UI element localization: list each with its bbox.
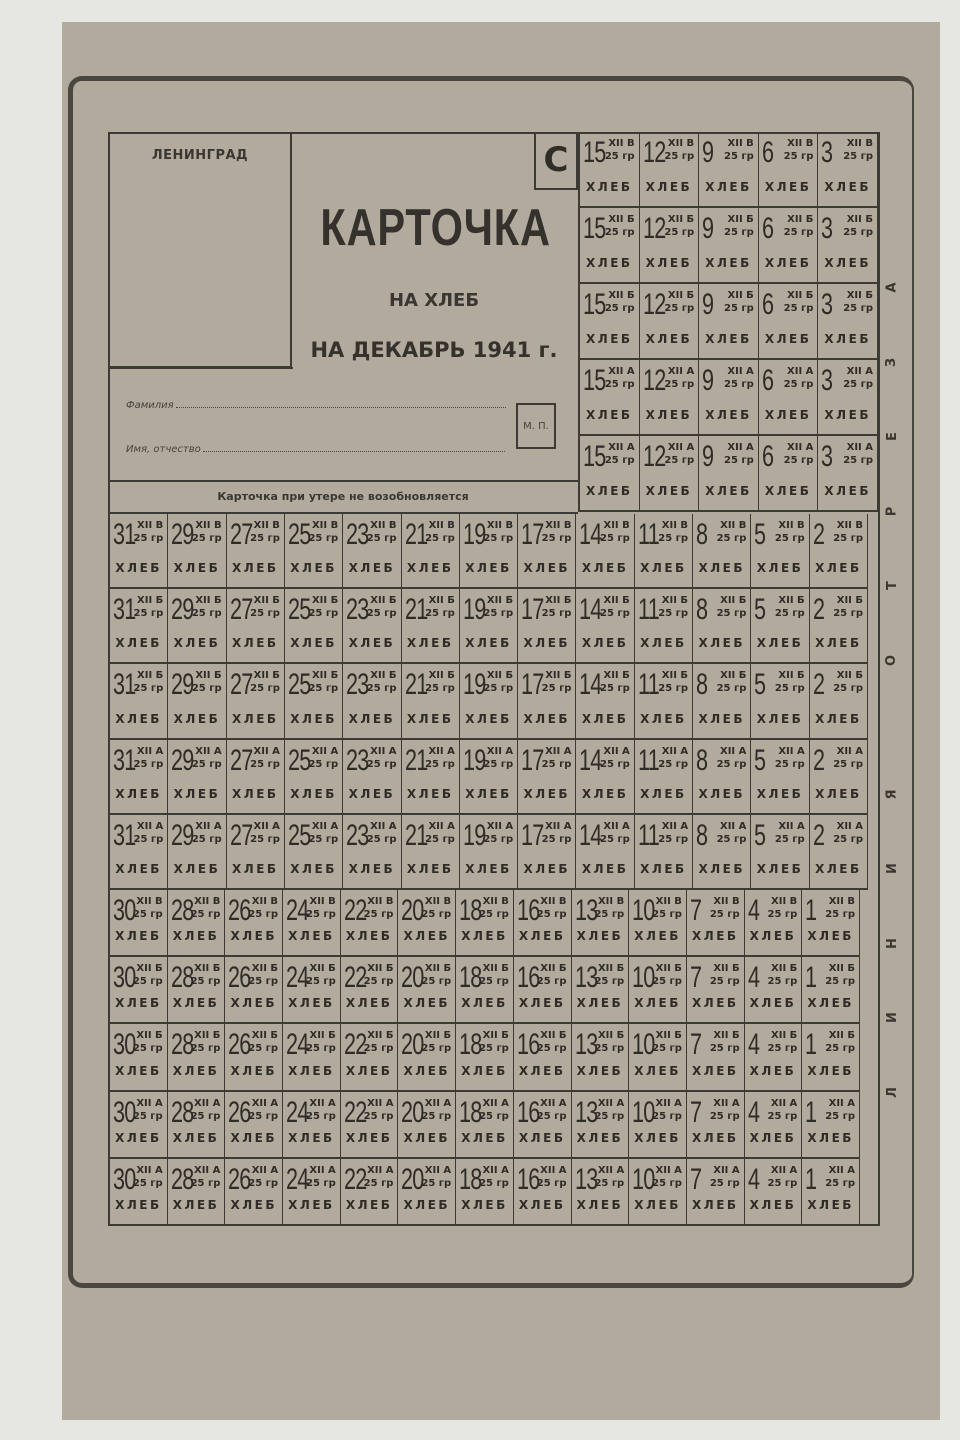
bread-coupon[interactable]: 21XII А25 грХЛЕБ <box>402 815 460 890</box>
bread-coupon[interactable]: 3XII Б25 грХЛЕБ <box>818 284 878 360</box>
bread-coupon[interactable]: 7XII Б25 грХЛЕБ <box>687 957 745 1024</box>
coupon-day: 2 <box>813 595 824 625</box>
coupon-weight: 25 гр <box>134 683 164 694</box>
coupon-product: ХЛЕБ <box>285 561 342 575</box>
coupon-day: 17 <box>521 746 544 776</box>
coupon-product: ХЛЕБ <box>518 561 575 575</box>
coupon-month-series: XII В <box>194 896 220 907</box>
coupon-month-series: XII А <box>603 821 629 832</box>
bread-coupon[interactable]: 21XII Б25 грХЛЕБ <box>402 664 460 739</box>
coupon-month-series: XII В <box>668 138 694 149</box>
coupon-day: 27 <box>230 746 253 776</box>
coupon-month-series: XII А <box>540 1098 566 1109</box>
coupon-day: 14 <box>579 821 602 851</box>
bread-coupon[interactable]: 10XII Б25 грХЛЕБ <box>629 957 687 1024</box>
coupon-weight: 25 гр <box>250 533 280 544</box>
coupon-product: ХЛЕБ <box>227 636 284 650</box>
bread-coupon[interactable]: 22XII А25 грХЛЕБ <box>341 1159 399 1226</box>
bread-coupon[interactable]: 29XII Б25 грХЛЕБ <box>168 664 226 739</box>
bread-coupon[interactable]: 17XII А25 грХЛЕБ <box>518 740 576 815</box>
coupon-weight: 25 гр <box>483 533 513 544</box>
coupon-weight: 25 гр <box>717 759 747 770</box>
bread-coupon[interactable]: 11XII А25 грХЛЕБ <box>635 740 693 815</box>
coupon-month-series: XII А <box>598 1098 624 1109</box>
bread-coupon[interactable]: 26XII В25 грХЛЕБ <box>225 890 283 957</box>
coupon-month-series: XII Б <box>194 963 220 974</box>
bread-coupon[interactable]: 7XII А25 грХЛЕБ <box>687 1092 745 1159</box>
coupon-weight: 25 гр <box>133 1043 163 1054</box>
bread-coupon[interactable]: 18XII А25 грХЛЕБ <box>456 1092 514 1159</box>
coupon-day: 4 <box>748 896 759 926</box>
coupon-weight: 25 гр <box>768 909 798 920</box>
bread-coupon[interactable]: 3XII А25 грХЛЕБ <box>818 360 878 436</box>
bread-coupon[interactable]: 31XII Б25 грХЛЕБ <box>110 664 168 739</box>
coupon-month-series: XII А <box>829 1165 855 1176</box>
bread-coupon[interactable]: 8XII Б25 грХЛЕБ <box>693 589 751 664</box>
bread-coupon[interactable]: 4XII Б25 грХЛЕБ <box>745 1024 803 1091</box>
bread-coupon[interactable]: 21XII Б25 грХЛЕБ <box>402 589 460 664</box>
cut-line-letter: И <box>884 1012 899 1023</box>
bread-coupon[interactable]: 3XII А25 грХЛЕБ <box>818 436 878 512</box>
coupon-product: ХЛЕБ <box>802 1198 859 1212</box>
bread-coupon[interactable]: 16XII Б25 грХЛЕБ <box>514 1024 572 1091</box>
bread-coupon[interactable]: 30XII Б25 грХЛЕБ <box>110 1024 168 1091</box>
coupon-product: ХЛЕБ <box>110 1131 167 1145</box>
coupon-month-series: XII А <box>837 821 863 832</box>
bread-coupon[interactable]: 15XII В25 грХЛЕБ <box>580 132 640 208</box>
coupon-month-series: XII А <box>713 1165 739 1176</box>
bread-coupon[interactable]: 19XII А25 грХЛЕБ <box>460 740 518 815</box>
coupon-day: 4 <box>748 1165 759 1195</box>
coupon-weight: 25 гр <box>367 759 397 770</box>
bread-coupon[interactable]: 24XII А25 грХЛЕБ <box>283 1092 341 1159</box>
bread-coupon[interactable]: 2XII Б25 грХЛЕБ <box>810 664 868 739</box>
bread-coupon[interactable]: 28XII А25 грХЛЕБ <box>168 1159 226 1226</box>
coupon-grid-top: 15XII В25 грХЛЕБ12XII В25 грХЛЕБ9XII В25… <box>578 132 878 512</box>
bread-coupon[interactable]: 29XII В25 грХЛЕБ <box>168 514 226 589</box>
coupon-product: ХЛЕБ <box>456 1064 513 1078</box>
coupon-weight: 25 гр <box>605 379 635 390</box>
bread-coupon[interactable]: 9XII А25 грХЛЕБ <box>699 360 759 436</box>
bread-coupon[interactable]: 1XII Б25 грХЛЕБ <box>802 1024 860 1091</box>
bread-coupon[interactable]: 25XII Б25 грХЛЕБ <box>285 589 343 664</box>
bread-coupon[interactable]: 15XII А25 грХЛЕБ <box>580 436 640 512</box>
bread-coupon[interactable]: 12XII Б25 грХЛЕБ <box>640 208 700 284</box>
bread-coupon[interactable]: 17XII В25 грХЛЕБ <box>518 514 576 589</box>
bread-coupon[interactable]: 6XII Б25 грХЛЕБ <box>759 284 819 360</box>
coupon-product: ХЛЕБ <box>635 636 692 650</box>
bread-coupon[interactable]: 8XII Б25 грХЛЕБ <box>693 664 751 739</box>
bread-coupon[interactable]: 17XII А25 грХЛЕБ <box>518 815 576 890</box>
coupon-month-series: XII Б <box>662 670 688 681</box>
coupon-weight: 25 гр <box>250 834 280 845</box>
bread-coupon[interactable]: 15XII Б25 грХЛЕБ <box>580 284 640 360</box>
bread-coupon[interactable]: 1XII В25 грХЛЕБ <box>802 890 860 957</box>
cut-line-letter: Н <box>884 938 899 949</box>
coupon-product: ХЛЕБ <box>460 636 517 650</box>
coupon-day: 8 <box>696 520 707 550</box>
coupon-product: ХЛЕБ <box>456 1131 513 1145</box>
bread-coupon[interactable]: 5XII В25 грХЛЕБ <box>751 514 809 589</box>
bread-coupon[interactable]: 18XII А25 грХЛЕБ <box>456 1159 514 1226</box>
bread-coupon[interactable]: 10XII В25 грХЛЕБ <box>629 890 687 957</box>
bread-coupon[interactable]: 27XII В25 грХЛЕБ <box>227 514 285 589</box>
bread-coupon[interactable]: 22XII Б25 грХЛЕБ <box>341 957 399 1024</box>
coupon-month-series: XII В <box>829 896 855 907</box>
bread-coupon[interactable]: 19XII А25 грХЛЕБ <box>460 815 518 890</box>
coupon-day: 8 <box>696 595 707 625</box>
coupon-weight: 25 гр <box>658 834 688 845</box>
bread-coupon[interactable]: 10XII Б25 грХЛЕБ <box>629 1024 687 1091</box>
coupon-product: ХЛЕБ <box>398 929 455 943</box>
bread-coupon[interactable]: 23XII А25 грХЛЕБ <box>343 740 401 815</box>
bread-coupon[interactable]: 5XII Б25 грХЛЕБ <box>751 664 809 739</box>
bread-coupon[interactable]: 9XII Б25 грХЛЕБ <box>699 208 759 284</box>
coupon-product: ХЛЕБ <box>802 929 859 943</box>
bread-coupon[interactable]: 9XII Б25 грХЛЕБ <box>699 284 759 360</box>
bread-coupon[interactable]: 11XII Б25 грХЛЕБ <box>635 589 693 664</box>
coupon-product: ХЛЕБ <box>580 180 639 194</box>
coupon-day: 7 <box>690 1030 701 1060</box>
bread-coupon[interactable]: 3XII Б25 грХЛЕБ <box>818 208 878 284</box>
bread-coupon[interactable]: 6XII А25 грХЛЕБ <box>759 436 819 512</box>
coupon-weight: 25 гр <box>191 909 221 920</box>
bread-coupon[interactable]: 19XII В25 грХЛЕБ <box>460 514 518 589</box>
bread-coupon[interactable]: 17XII Б25 грХЛЕБ <box>518 664 576 739</box>
bread-coupon[interactable]: 25XII Б25 грХЛЕБ <box>285 664 343 739</box>
bread-coupon[interactable]: 28XII В25 грХЛЕБ <box>168 890 226 957</box>
bread-coupon[interactable]: 25XII А25 грХЛЕБ <box>285 815 343 890</box>
coupon-product: ХЛЕБ <box>283 1131 340 1145</box>
bread-coupon[interactable]: 21XII В25 грХЛЕБ <box>402 514 460 589</box>
coupon-month-series: XII Б <box>195 595 221 606</box>
bread-coupon[interactable]: 23XII Б25 грХЛЕБ <box>343 589 401 664</box>
bread-coupon[interactable]: 23XII В25 грХЛЕБ <box>343 514 401 589</box>
coupon-weight: 25 гр <box>784 151 814 162</box>
bread-coupon[interactable]: 20XII А25 грХЛЕБ <box>398 1092 456 1159</box>
card-subtitle: НА ХЛЕБ <box>292 290 576 311</box>
coupon-product: ХЛЕБ <box>168 996 225 1010</box>
bread-coupon[interactable]: 6XII А25 грХЛЕБ <box>759 360 819 436</box>
coupon-product: ХЛЕБ <box>343 561 400 575</box>
bread-coupon[interactable]: 16XII В25 грХЛЕБ <box>514 890 572 957</box>
coupon-product: ХЛЕБ <box>225 996 282 1010</box>
coupon-month-series: XII А <box>608 442 634 453</box>
bread-coupon[interactable]: 31XII А25 грХЛЕБ <box>110 815 168 890</box>
bread-coupon[interactable]: 16XII А25 грХЛЕБ <box>514 1092 572 1159</box>
coupon-product: ХЛЕБ <box>635 712 692 726</box>
bread-coupon[interactable]: 26XII Б25 грХЛЕБ <box>225 957 283 1024</box>
coupon-product: ХЛЕБ <box>802 996 859 1010</box>
bread-coupon[interactable]: 26XII А25 грХЛЕБ <box>225 1159 283 1226</box>
name-line[interactable] <box>203 451 505 452</box>
coupon-month-series: XII Б <box>837 670 863 681</box>
bread-coupon[interactable]: 24XII Б25 грХЛЕБ <box>283 957 341 1024</box>
bread-coupon[interactable]: 27XII А25 грХЛЕБ <box>227 740 285 815</box>
bread-coupon[interactable]: 30XII А25 грХЛЕБ <box>110 1159 168 1226</box>
coupon-month-series: XII В <box>720 520 746 531</box>
surname-line[interactable] <box>176 407 506 408</box>
coupon-month-series: XII А <box>787 442 813 453</box>
coupon-month-series: XII Б <box>254 670 280 681</box>
coupon-weight: 25 гр <box>833 533 863 544</box>
coupon-weight: 25 гр <box>192 533 222 544</box>
coupon-day: 25 <box>288 746 311 776</box>
coupon-day: 2 <box>813 520 824 550</box>
coupon-month-series: XII А <box>847 442 873 453</box>
bread-coupon[interactable]: 16XII А25 грХЛЕБ <box>514 1159 572 1226</box>
coupon-month-series: XII В <box>429 520 455 531</box>
bread-coupon[interactable]: 28XII А25 грХЛЕБ <box>168 1092 226 1159</box>
coupon-product: ХЛЕБ <box>699 332 758 346</box>
bread-coupon[interactable]: 14XII А25 грХЛЕБ <box>576 815 634 890</box>
bread-coupon[interactable]: 15XII Б25 грХЛЕБ <box>580 208 640 284</box>
bread-coupon[interactable]: 20XII Б25 грХЛЕБ <box>398 957 456 1024</box>
bread-coupon[interactable]: 5XII А25 грХЛЕБ <box>751 740 809 815</box>
coupon-month-series: XII А <box>312 746 338 757</box>
coupon-weight: 25 гр <box>825 1178 855 1189</box>
bread-coupon[interactable]: 6XII Б25 грХЛЕБ <box>759 208 819 284</box>
coupon-day: 29 <box>171 746 194 776</box>
bread-coupon[interactable]: 23XII Б25 грХЛЕБ <box>343 664 401 739</box>
coupon-weight: 25 гр <box>717 608 747 619</box>
coupon-month-series: XII Б <box>829 963 855 974</box>
bread-coupon[interactable]: 29XII А25 грХЛЕБ <box>168 815 226 890</box>
coupon-product: ХЛЕБ <box>810 636 867 650</box>
coupon-day: 9 <box>702 290 713 320</box>
bread-coupon[interactable]: 14XII В25 грХЛЕБ <box>576 514 634 589</box>
coupon-weight: 25 гр <box>308 683 338 694</box>
coupon-product: ХЛЕБ <box>168 1131 225 1145</box>
coupon-day: 9 <box>702 366 713 396</box>
bread-coupon[interactable]: 13XII Б25 грХЛЕБ <box>572 957 630 1024</box>
bread-coupon[interactable]: 1XII А25 грХЛЕБ <box>802 1159 860 1226</box>
bread-coupon[interactable]: 30XII Б25 грХЛЕБ <box>110 957 168 1024</box>
bread-coupon[interactable]: 12XII В25 грХЛЕБ <box>640 132 700 208</box>
bread-coupon[interactable]: 14XII Б25 грХЛЕБ <box>576 589 634 664</box>
bread-coupon[interactable]: 18XII Б25 грХЛЕБ <box>456 957 514 1024</box>
bread-coupon[interactable]: 6XII В25 грХЛЕБ <box>759 132 819 208</box>
bread-coupon[interactable]: 9XII В25 грХЛЕБ <box>699 132 759 208</box>
bread-coupon[interactable]: 22XII А25 грХЛЕБ <box>341 1092 399 1159</box>
bread-coupon[interactable]: 13XII Б25 грХЛЕБ <box>572 1024 630 1091</box>
bread-coupon[interactable]: 2XII А25 грХЛЕБ <box>810 815 868 890</box>
bread-coupon[interactable]: 26XII А25 грХЛЕБ <box>225 1092 283 1159</box>
bread-coupon[interactable]: 20XII А25 грХЛЕБ <box>398 1159 456 1226</box>
bread-coupon[interactable]: 10XII А25 грХЛЕБ <box>629 1159 687 1226</box>
bread-coupon[interactable]: 19XII Б25 грХЛЕБ <box>460 589 518 664</box>
coupon-weight: 25 гр <box>600 533 630 544</box>
bread-coupon[interactable]: 28XII Б25 грХЛЕБ <box>168 957 226 1024</box>
bread-coupon[interactable]: 13XII В25 грХЛЕБ <box>572 890 630 957</box>
coupon-product: ХЛЕБ <box>802 1131 859 1145</box>
bread-coupon[interactable]: 16XII Б25 грХЛЕБ <box>514 957 572 1024</box>
bread-coupon[interactable]: 7XII В25 грХЛЕБ <box>687 890 745 957</box>
coupon-weight: 25 гр <box>308 834 338 845</box>
bread-coupon[interactable]: 18XII В25 грХЛЕБ <box>456 890 514 957</box>
coupon-weight: 25 гр <box>134 834 164 845</box>
bread-coupon[interactable]: 4XII А25 грХЛЕБ <box>745 1159 803 1226</box>
coupon-day: 29 <box>171 520 194 550</box>
bread-coupon[interactable]: 11XII Б25 грХЛЕБ <box>635 664 693 739</box>
surname-label: Фамилия <box>126 400 174 411</box>
coupon-weight: 25 гр <box>833 608 863 619</box>
coupon-day: 25 <box>288 595 311 625</box>
bread-coupon[interactable]: 14XII Б25 грХЛЕБ <box>576 664 634 739</box>
bread-coupon[interactable]: 5XII Б25 грХЛЕБ <box>751 589 809 664</box>
coupon-day: 3 <box>821 290 832 320</box>
bread-coupon[interactable]: 31XII А25 грХЛЕБ <box>110 740 168 815</box>
coupon-month-series: XII Б <box>720 595 746 606</box>
coupon-month-series: XII Б <box>598 963 624 974</box>
coupon-day: 29 <box>171 670 194 700</box>
bread-coupon[interactable]: 24XII А25 грХЛЕБ <box>283 1159 341 1226</box>
bread-coupon[interactable]: 12XII А25 грХЛЕБ <box>640 436 700 512</box>
coupon-month-series: XII А <box>545 821 571 832</box>
coupon-day: 4 <box>748 963 759 993</box>
bread-coupon[interactable]: 26XII Б25 грХЛЕБ <box>225 1024 283 1091</box>
bread-coupon[interactable]: 4XII В25 грХЛЕБ <box>745 890 803 957</box>
coupon-month-series: XII Б <box>367 1030 393 1041</box>
coupon-month-series: XII А <box>428 821 454 832</box>
bread-coupon[interactable]: 15XII А25 грХЛЕБ <box>580 360 640 436</box>
coupon-product: ХЛЕБ <box>456 929 513 943</box>
coupon-weight: 25 гр <box>724 151 754 162</box>
bread-coupon[interactable]: 28XII Б25 грХЛЕБ <box>168 1024 226 1091</box>
bread-coupon[interactable]: 7XII А25 грХЛЕБ <box>687 1159 745 1226</box>
bread-coupon[interactable]: 2XII В25 грХЛЕБ <box>810 514 868 589</box>
coupon-product: ХЛЕБ <box>759 484 818 498</box>
bread-coupon[interactable]: 21XII А25 грХЛЕБ <box>402 740 460 815</box>
bread-coupon[interactable]: 17XII Б25 грХЛЕБ <box>518 589 576 664</box>
bread-coupon[interactable]: 24XII В25 грХЛЕБ <box>283 890 341 957</box>
coupon-month-series: XII А <box>720 821 746 832</box>
bread-coupon[interactable]: 20XII В25 грХЛЕБ <box>398 890 456 957</box>
bread-coupon[interactable]: 30XII А25 грХЛЕБ <box>110 1092 168 1159</box>
surname-field[interactable]: Фамилия <box>126 400 506 411</box>
bread-coupon[interactable]: 11XII В25 грХЛЕБ <box>635 514 693 589</box>
bread-coupon[interactable]: 29XII Б25 грХЛЕБ <box>168 589 226 664</box>
coupon-month-series: XII Б <box>252 963 278 974</box>
coupon-weight: 25 гр <box>367 608 397 619</box>
coupon-weight: 25 гр <box>843 455 873 466</box>
coupon-day: 31 <box>113 595 136 625</box>
coupon-day: 23 <box>346 670 369 700</box>
category-badge: С <box>534 132 578 190</box>
coupon-product: ХЛЕБ <box>818 332 877 346</box>
coupon-weight: 25 гр <box>605 151 635 162</box>
coupon-weight: 25 гр <box>248 1111 278 1122</box>
coupon-weight: 25 гр <box>843 151 873 162</box>
bread-coupon[interactable]: 20XII Б25 грХЛЕБ <box>398 1024 456 1091</box>
coupon-weight: 25 гр <box>768 1111 798 1122</box>
bread-coupon[interactable]: 5XII А25 грХЛЕБ <box>751 815 809 890</box>
coupon-weight: 25 гр <box>134 759 164 770</box>
coupon-product: ХЛЕБ <box>398 1131 455 1145</box>
bread-coupon[interactable]: 4XII А25 грХЛЕБ <box>745 1092 803 1159</box>
city-label: ЛЕНИНГРАД <box>110 148 290 163</box>
coupon-day: 19 <box>463 821 486 851</box>
bread-coupon[interactable]: 22XII В25 грХЛЕБ <box>341 890 399 957</box>
bread-coupon[interactable]: 19XII Б25 грХЛЕБ <box>460 664 518 739</box>
bread-coupon[interactable]: 22XII Б25 грХЛЕБ <box>341 1024 399 1091</box>
coupon-month-series: XII А <box>367 1165 393 1176</box>
coupon-weight: 25 гр <box>768 976 798 987</box>
bread-coupon[interactable]: 27XII А25 грХЛЕБ <box>227 815 285 890</box>
bread-coupon[interactable]: 31XII Б25 грХЛЕБ <box>110 589 168 664</box>
bread-coupon[interactable]: 8XII В25 грХЛЕБ <box>693 514 751 589</box>
bread-coupon[interactable]: 8XII А25 грХЛЕБ <box>693 740 751 815</box>
bread-coupon[interactable]: 30XII В25 грХЛЕБ <box>110 890 168 957</box>
coupon-weight: 25 гр <box>775 533 805 544</box>
coupon-product: ХЛЕБ <box>514 1198 571 1212</box>
coupon-month-series: XII Б <box>728 214 754 225</box>
bread-coupon[interactable]: 31XII В25 грХЛЕБ <box>110 514 168 589</box>
coupon-day: 27 <box>230 670 253 700</box>
coupon-day: 21 <box>405 670 428 700</box>
name-label: Имя, отчество <box>126 444 201 455</box>
coupon-product: ХЛЕБ <box>514 1064 571 1078</box>
bread-coupon[interactable]: 13XII А25 грХЛЕБ <box>572 1092 630 1159</box>
coupon-product: ХЛЕБ <box>629 1064 686 1078</box>
bread-coupon[interactable]: 7XII Б25 грХЛЕБ <box>687 1024 745 1091</box>
coupon-product: ХЛЕБ <box>110 787 167 801</box>
coupon-weight: 25 гр <box>134 608 164 619</box>
bread-coupon[interactable]: 14XII А25 грХЛЕБ <box>576 740 634 815</box>
bread-coupon[interactable]: 4XII Б25 грХЛЕБ <box>745 957 803 1024</box>
bread-coupon[interactable]: 1XII Б25 грХЛЕБ <box>802 957 860 1024</box>
bread-coupon[interactable]: 1XII А25 грХЛЕБ <box>802 1092 860 1159</box>
coupon-day: 17 <box>521 595 544 625</box>
bread-coupon[interactable]: 25XII А25 грХЛЕБ <box>285 740 343 815</box>
bread-coupon[interactable]: 3XII В25 грХЛЕБ <box>818 132 878 208</box>
bread-coupon[interactable]: 27XII Б25 грХЛЕБ <box>227 664 285 739</box>
bread-coupon[interactable]: 24XII Б25 грХЛЕБ <box>283 1024 341 1091</box>
coupon-weight: 25 гр <box>600 834 630 845</box>
bread-coupon[interactable]: 8XII А25 грХЛЕБ <box>693 815 751 890</box>
bread-coupon[interactable]: 9XII А25 грХЛЕБ <box>699 436 759 512</box>
coupon-weight: 25 гр <box>537 976 567 987</box>
bread-coupon[interactable]: 10XII А25 грХЛЕБ <box>629 1092 687 1159</box>
coupon-day: 27 <box>230 520 253 550</box>
coupon-month-series: XII В <box>787 138 813 149</box>
bread-coupon[interactable]: 18XII Б25 грХЛЕБ <box>456 1024 514 1091</box>
coupon-weight: 25 гр <box>833 759 863 770</box>
bread-coupon[interactable]: 23XII А25 грХЛЕБ <box>343 815 401 890</box>
coupon-product: ХЛЕБ <box>398 1064 455 1078</box>
bread-coupon[interactable]: 12XII Б25 грХЛЕБ <box>640 284 700 360</box>
name-field[interactable]: Имя, отчество <box>126 444 505 455</box>
bread-coupon[interactable]: 2XII А25 грХЛЕБ <box>810 740 868 815</box>
coupon-day: 7 <box>690 896 701 926</box>
cut-line-letter: Р <box>885 506 900 516</box>
bread-coupon[interactable]: 12XII А25 грХЛЕБ <box>640 360 700 436</box>
bread-coupon[interactable]: 29XII А25 грХЛЕБ <box>168 740 226 815</box>
bread-coupon[interactable]: 25XII В25 грХЛЕБ <box>285 514 343 589</box>
coupon-product: ХЛЕБ <box>341 1064 398 1078</box>
bread-coupon[interactable]: 2XII Б25 грХЛЕБ <box>810 589 868 664</box>
bread-coupon[interactable]: 13XII А25 грХЛЕБ <box>572 1159 630 1226</box>
coupon-product: ХЛЕБ <box>640 484 699 498</box>
divider <box>108 367 293 369</box>
coupon-product: ХЛЕБ <box>580 408 639 422</box>
coupon-weight: 25 гр <box>248 1043 278 1054</box>
bread-coupon[interactable]: 27XII Б25 грХЛЕБ <box>227 589 285 664</box>
coupon-weight: 25 гр <box>483 683 513 694</box>
coupon-product: ХЛЕБ <box>225 1131 282 1145</box>
bread-coupon[interactable]: 11XII А25 грХЛЕБ <box>635 815 693 890</box>
coupon-product: ХЛЕБ <box>343 636 400 650</box>
